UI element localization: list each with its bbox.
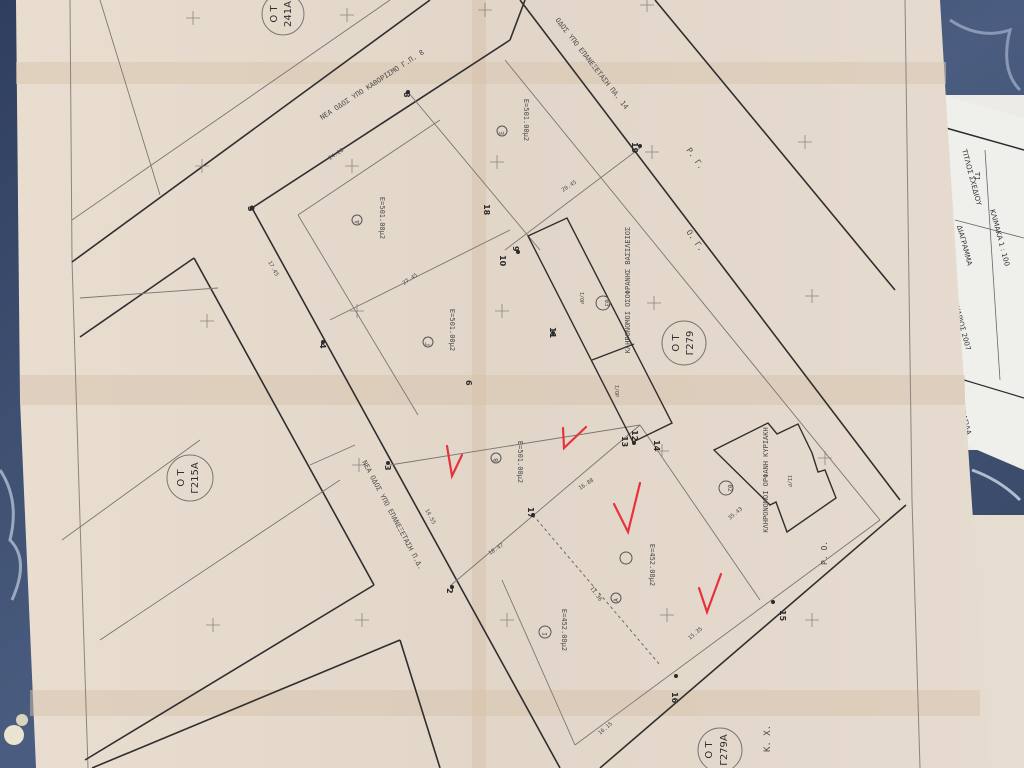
svg-text:14: 14 <box>652 440 661 452</box>
svg-text:3: 3 <box>383 465 392 471</box>
drawing-number: Τ1 <box>973 171 981 181</box>
plot-epsilon-area: Ε=501.00μ2 <box>522 99 530 141</box>
svg-text:19: 19 <box>630 142 639 154</box>
svg-text:17: 17 <box>526 507 535 518</box>
svg-text:Ε: Ε <box>499 131 506 135</box>
svg-text:10: 10 <box>498 255 507 267</box>
svg-text:Ι/ΟΡ: Ι/ΟΡ <box>613 385 619 397</box>
plot-delta-area: Ε=501.00μ2 <box>378 197 386 239</box>
svg-text:Ρ. Ο.: Ρ. Ο. <box>820 541 829 565</box>
plot-alpha-area: Ε=452.08μ2 <box>648 544 656 586</box>
plot-gamma-area: Ε=501.00μ2 <box>448 309 456 351</box>
svg-text:Ο Τ: Ο Τ <box>704 741 715 759</box>
svg-text:ΙΙ/Ρ: ΙΙ/Ρ <box>786 475 792 487</box>
svg-text:8: 8 <box>402 92 411 98</box>
svg-text:18: 18 <box>482 204 491 216</box>
svg-text:Ο Τ: Ο Τ <box>671 334 682 352</box>
svg-text:Α: Α <box>613 598 620 602</box>
svg-text:9: 9 <box>511 246 520 252</box>
svg-text:Γ: Γ <box>425 342 432 346</box>
svg-text:16: 16 <box>670 692 679 704</box>
svg-text:Γ279: Γ279 <box>685 331 696 356</box>
building-02-owner: ΚΛΗΡΟΝΟΜΟΙ ΟΡΦΑΝΗ ΚΥΡΙΑΚΗ <box>762 427 770 532</box>
svg-text:6: 6 <box>464 380 473 386</box>
svg-text:Β: Β <box>493 458 500 462</box>
svg-text:13: 13 <box>620 436 629 447</box>
fold-vertical <box>472 0 486 768</box>
svg-text:Ο Τ: Ο Τ <box>176 469 187 487</box>
svg-text:Γ279Α: Γ279Α <box>719 734 730 766</box>
svg-text:5: 5 <box>246 206 255 212</box>
svg-text:Ο Τ: Ο Τ <box>269 5 280 23</box>
svg-text:2: 2 <box>445 588 454 594</box>
svg-text:15: 15 <box>778 610 787 622</box>
svg-text:11: 11 <box>548 327 557 339</box>
kk-label: Κ. Χ. <box>763 725 773 752</box>
fold-horizontal-bottom <box>30 690 980 716</box>
svg-text:Ι: Ι <box>542 632 549 636</box>
svg-text:Δ: Δ <box>354 220 361 224</box>
plot-beta-area: Ε=501.00μ2 <box>516 441 524 483</box>
plot-iota-area: Ε=452.08μ2 <box>560 609 568 651</box>
survey-plan: ΤΙΤΛΟΣ ΣΧΕΔΙΟΥ Τ1 ΔΙΑΓΡΑΜΜΑ ΚΛΙΜΑΚΑ 1 : … <box>0 0 1024 768</box>
svg-text:03: 03 <box>603 299 610 307</box>
building-03-owner: ΚΛΗΡΟΝΟΜΟΙ ΟΣΟΦΡΑΝΗΣ ΒΑΣΙΛΕΙΟΣ <box>624 227 632 353</box>
svg-text:Γ215Α: Γ215Α <box>190 462 201 494</box>
svg-text:Ι/ΟΡ: Ι/ΟΡ <box>578 292 584 304</box>
svg-text:02: 02 <box>726 484 733 492</box>
svg-text:12: 12 <box>630 430 639 441</box>
fold-horizontal-mid <box>20 375 965 405</box>
svg-text:4: 4 <box>318 343 327 349</box>
svg-text:241Α: 241Α <box>283 1 294 27</box>
